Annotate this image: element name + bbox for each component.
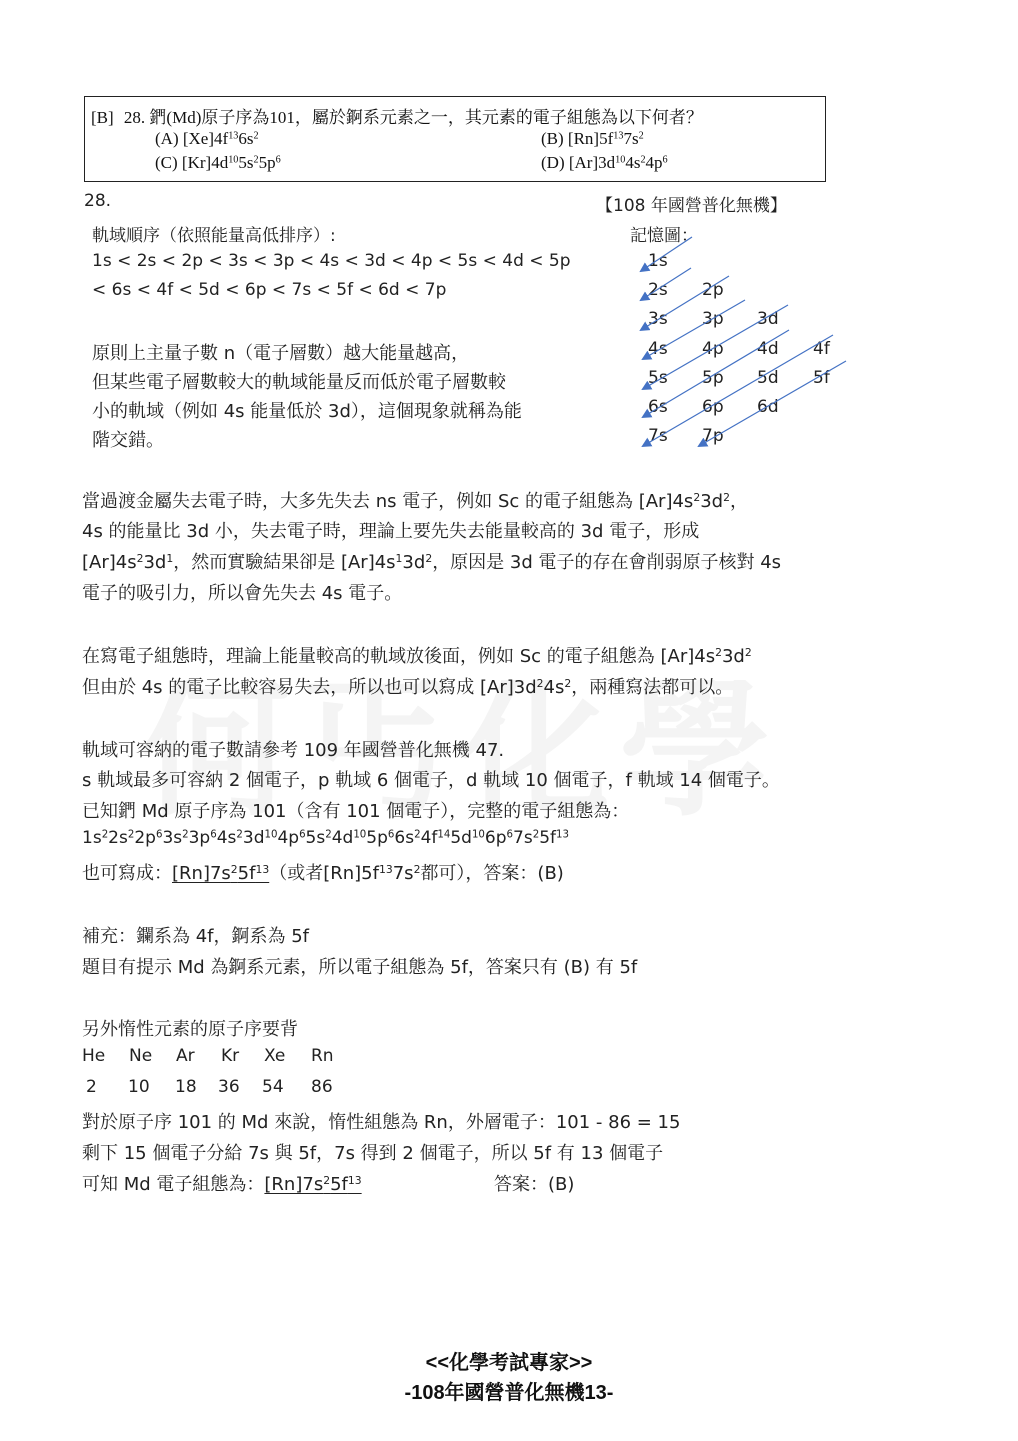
option-b: (B) [Rn]5f137s2	[541, 129, 644, 149]
writing-line-1: 在寫電子組態時，理論上能量較高的軌域放後面，例如 Sc 的電子組態為 [Ar]4…	[82, 642, 752, 668]
rn-config-underlined: [Rn]7s25f13	[172, 863, 269, 884]
answer-tag: [B]	[91, 108, 114, 127]
footer-page-label: -108年國營普化無機13-	[0, 1376, 1018, 1405]
noble-gas-line-2: 剩下 15 個電子分給 7s 與 5f，7s 得到 2 個電子，所以 5f 有 …	[82, 1139, 663, 1165]
orbital-order-line-1: 1s < 2s < 2p < 3s < 3p < 4s < 3d < 4p < …	[92, 251, 571, 271]
orbital-order-title: 軌域順序（依照能量高低排序）:	[92, 221, 336, 246]
transition-line-1: 當過渡金屬失去電子時，大多先失去 ns 電子，例如 Sc 的電子組態為 [Ar]…	[82, 487, 748, 513]
writing-line-2: 但由於 4s 的電子比較容易失去，所以也可以寫成 [Ar]3d24s2，兩種寫法…	[82, 673, 733, 699]
memory-diagram-title: 記憶圖：	[630, 221, 698, 246]
noble-gas-title: 另外惰性元素的原子序要背	[82, 1015, 298, 1041]
footer-brand: <<化學考試專家>>	[0, 1346, 1018, 1375]
capacity-line-1: 軌域可容納的電子數請參考 109 年國營普化無機 47.	[82, 736, 504, 762]
principle-line-2: 但某些電子層數較大的軌域能量反而低於電子層數較	[92, 368, 506, 394]
transition-line-3: [Ar]4s23d1，然而實驗結果卻是 [Ar]4s13d2，原因是 3d 電子…	[82, 548, 781, 574]
final-answer: 答案：(B)	[494, 1170, 574, 1196]
noble-gas-line-3: 可知 Md 電子組態為：[Rn]7s25f13	[82, 1170, 362, 1196]
option-a: (A) [Xe]4f136s2	[155, 129, 259, 149]
option-c: (C) [Kr]4d105s25p6	[155, 153, 281, 173]
transition-line-2: 4s 的能量比 3d 小，失去電子時，理論上要先失去能量較高的 3d 電子，形成	[82, 517, 699, 543]
question-box: [B] 28. 鍆(Md)原子序為101，屬於錒系元素之一，其元素的電子組態為以…	[84, 96, 826, 182]
capacity-line-5: 也可寫成：[Rn]7s25f13（或者[Rn]5f137s2都可），答案：(B)	[82, 859, 564, 885]
option-d: (D) [Ar]3d104s24p6	[541, 153, 668, 173]
solution-number: 28.	[84, 191, 111, 211]
principle-line-4: 階交錯。	[92, 426, 164, 452]
question-stem-line: [B] 28. 鍆(Md)原子序為101，屬於錒系元素之一，其元素的電子組態為以…	[91, 103, 703, 128]
principle-line-3: 小的軌域（例如 4s 能量低於 3d），這個現象就稱為能	[92, 397, 522, 423]
capacity-line-2: s 軌域最多可容納 2 個電子，p 軌域 6 個電子，d 軌域 10 個電子，f…	[82, 766, 780, 792]
question-stem: 鍆(Md)原子序為101，屬於錒系元素之一，其元素的電子組態為以下何者？	[149, 108, 702, 127]
source-label: 【108 年國營普化無機】	[596, 191, 787, 216]
orbital-order-line-2: < 6s < 4f < 5d < 6p < 7s < 5f < 6d < 7p	[92, 280, 446, 300]
supplement-line-2: 題目有提示 Md 為錒系元素，所以電子組態為 5f，答案只有 (B) 有 5f	[82, 953, 637, 979]
transition-line-4: 電子的吸引力，所以會先失去 4s 電子。	[82, 579, 402, 605]
principle-line-1: 原則上主量子數 n（電子層數）越大能量越高，	[92, 339, 469, 365]
capacity-line-3: 已知鍆 Md 原子序為 101（含有 101 個電子），完整的電子組態為：	[82, 797, 629, 823]
supplement-line-1: 補充：鑭系為 4f，錒系為 5f	[82, 922, 309, 948]
question-number: 28.	[124, 108, 145, 127]
rn-config-underlined: [Rn]7s25f13	[264, 1174, 361, 1195]
full-configuration: 1s22s22p63s23p64s23d104p65s24d105p66s24f…	[82, 828, 569, 848]
arrow-icon	[643, 335, 833, 446]
noble-gas-line-1: 對於原子序 101 的 Md 來說，惰性組態為 Rn，外層電子：101 - 86…	[82, 1108, 680, 1134]
